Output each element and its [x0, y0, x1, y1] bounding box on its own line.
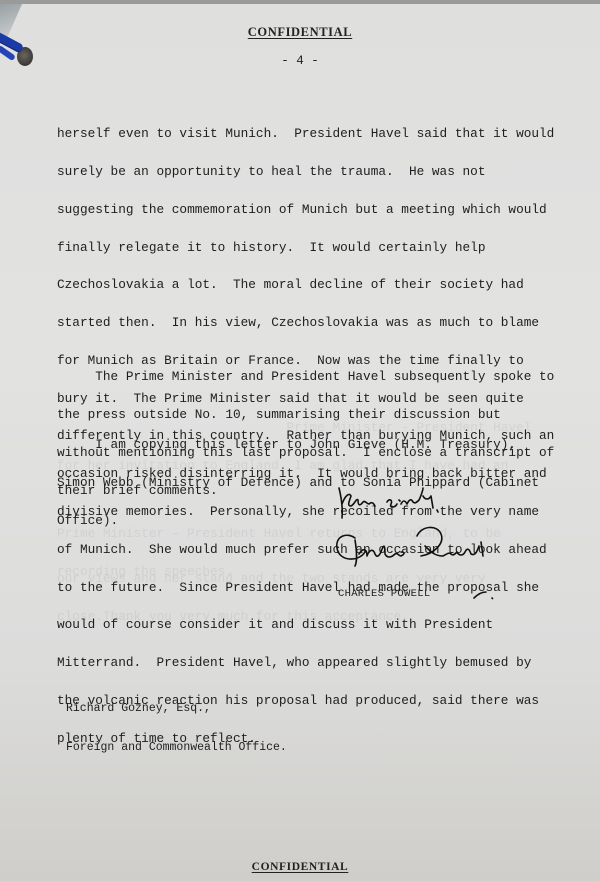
text-line: surely be an opportunity to heal the tra… — [57, 166, 554, 179]
classification-header-text: CONFIDENTIAL — [248, 25, 352, 39]
recipient-organisation: Foreign and Commonwealth Office. — [66, 741, 287, 754]
recipient-name: Richard Gozney, Esq., — [66, 702, 287, 715]
text-line: I am copying this letter to John Gieve (… — [57, 439, 539, 452]
page-number: - 4 - — [0, 54, 600, 68]
text-line: The Prime Minister and President Havel s… — [57, 371, 554, 384]
text-line: finally relegate it to history. It would… — [57, 242, 554, 255]
text-line: herself even to visit Munich. President … — [57, 128, 554, 141]
classification-header: CONFIDENTIAL — [0, 25, 600, 40]
text-line: started then. In his view, Czechoslovaki… — [57, 317, 554, 330]
handwritten-signature — [325, 482, 525, 582]
text-line: would of course consider it and discuss … — [57, 619, 554, 632]
document-page: CONFIDENTIAL - 4 - Prime Minister - Pres… — [0, 4, 600, 881]
text-line: suggesting the commemoration of Munich b… — [57, 204, 554, 217]
recipient-address: Richard Gozney, Esq., Foreign and Common… — [66, 676, 287, 780]
classification-footer-text: CONFIDENTIAL — [252, 861, 349, 873]
classification-footer: CONFIDENTIAL — [0, 861, 600, 873]
typed-signatory-name: CHARLES POWELL — [338, 588, 430, 600]
handwritten-initial-mark — [470, 586, 500, 602]
text-line: Czechoslovakia a lot. The moral decline … — [57, 279, 554, 292]
text-line: Mitterrand. President Havel, who appeare… — [57, 657, 554, 670]
